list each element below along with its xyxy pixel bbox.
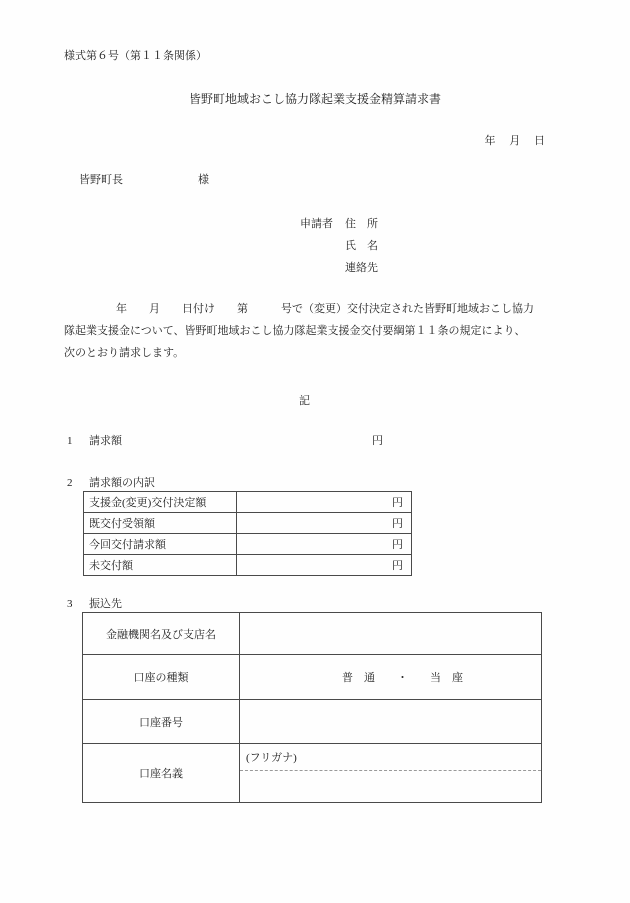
- note-heading: 記: [64, 393, 545, 409]
- applicant-contact-field: 連絡先: [345, 257, 378, 279]
- row-label-cell: 口座番号: [83, 700, 240, 744]
- table-row: 金融機関名及び支店名: [83, 613, 542, 655]
- body-line: 隊起業支援金について、皆野町地域おこし協力隊起業支援金交付要綱第１１条の規定によ…: [64, 320, 545, 342]
- furigana-label: (フリガナ): [246, 749, 297, 765]
- item-label: 請求額: [89, 435, 122, 447]
- table-row: 支援金(変更)交付決定額 円: [84, 492, 412, 513]
- table-row: 未交付額 円: [84, 555, 412, 576]
- item-claim-amount-line: 1請求額円: [64, 433, 545, 449]
- row-value-cell: 円: [237, 534, 412, 555]
- addressee-honorific: 様: [198, 174, 209, 186]
- row-label-cell: 既交付受領額: [84, 513, 237, 534]
- applicant-name-field: 氏 名: [345, 235, 378, 257]
- table-row: 今回交付請求額 円: [84, 534, 412, 555]
- table-row: 既交付受領額 円: [84, 513, 412, 534]
- item-breakdown-heading: 2請求額の内訳: [64, 475, 545, 491]
- item-number: 2: [67, 475, 89, 491]
- table-row: 口座名義 (フリガナ): [83, 744, 542, 803]
- addressee-name: 皆野町長: [79, 174, 123, 186]
- row-label-cell: 未交付額: [84, 555, 237, 576]
- item-label: 振込先: [89, 598, 122, 610]
- row-value-cell: 円: [237, 555, 412, 576]
- item-label: 請求額の内訳: [89, 477, 155, 489]
- row-label-cell: 金融機関名及び支店名: [83, 613, 240, 655]
- document-title: 皆野町地域おこし協力隊起業支援金精算請求書: [64, 91, 566, 107]
- bank-branch-value-cell: [240, 613, 542, 655]
- bank-table: 金融機関名及び支店名 口座の種類 普 通 ・ 当 座 口座番号 口座名義 (フリ…: [82, 612, 542, 803]
- account-number-value-cell: [240, 700, 542, 744]
- item-number: 3: [67, 596, 89, 612]
- date-line: 年 月 日: [64, 133, 545, 149]
- furigana-section: (フリガナ): [240, 744, 541, 771]
- account-holder-name-section: [240, 771, 541, 799]
- claim-amount-unit: 円: [372, 433, 383, 449]
- table-row: 口座番号: [83, 700, 542, 744]
- addressee-line: 皆野町長様: [64, 172, 545, 188]
- applicant-label: 申請者: [300, 213, 333, 279]
- row-label-cell: 口座の種類: [83, 655, 240, 700]
- item-bank-heading: 3振込先: [64, 596, 545, 612]
- form-number: 様式第６号（第１１条関係）: [64, 48, 545, 64]
- applicant-block: 申請者 住 所 氏 名 連絡先: [64, 213, 545, 279]
- table-row: 口座の種類 普 通 ・ 当 座: [83, 655, 542, 700]
- body-line: 年 月 日付け 第 号で（変更）交付決定された皆野町地域おこし協力: [64, 298, 545, 320]
- applicant-fields: 住 所 氏 名 連絡先: [345, 213, 378, 279]
- document-page: 様式第６号（第１１条関係） 皆野町地域おこし協力隊起業支援金精算請求書 年 月 …: [0, 0, 630, 903]
- row-label-cell: 支援金(変更)交付決定額: [84, 492, 237, 513]
- row-value-cell: 円: [237, 492, 412, 513]
- item-number: 1: [67, 433, 89, 449]
- body-paragraph: 年 月 日付け 第 号で（変更）交付決定された皆野町地域おこし協力 隊起業支援金…: [64, 298, 545, 364]
- row-label-cell: 口座名義: [83, 744, 240, 803]
- account-type-value-cell: 普 通 ・ 当 座: [240, 655, 542, 700]
- row-label-cell: 今回交付請求額: [84, 534, 237, 555]
- applicant-address-field: 住 所: [345, 213, 378, 235]
- row-value-cell: 円: [237, 513, 412, 534]
- breakdown-table: 支援金(変更)交付決定額 円 既交付受領額 円 今回交付請求額 円 未交付額 円: [83, 491, 412, 576]
- account-holder-cell: (フリガナ): [240, 744, 542, 803]
- body-line: 次のとおり請求します。: [64, 342, 545, 364]
